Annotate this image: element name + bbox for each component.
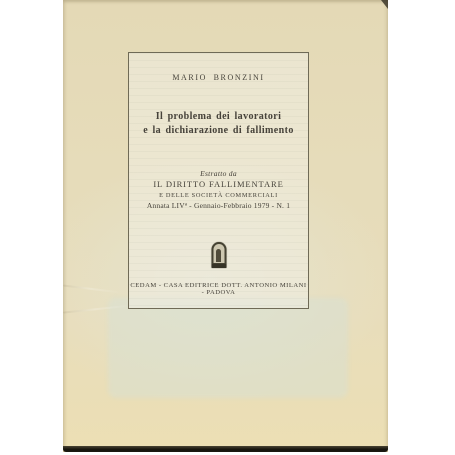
paper-crease [63,284,121,293]
title-line-1: Il problema dei lavoratori [129,110,308,124]
scanned-cover-photo: MARIO BRONZINI Il problema dei lavorator… [0,0,455,455]
issue-info: Annata LIVª - Gennaio-Febbraio 1979 - N.… [129,201,308,210]
extract-label: Estratto da [129,169,308,178]
page-edge-shadow [63,446,388,452]
reverse-print-showthrough [108,298,348,398]
emblem-figure [216,249,221,262]
cedam-emblem-icon [210,242,227,271]
title-frame-border: MARIO BRONZINI Il problema dei lavorator… [128,52,309,309]
author-name: MARIO BRONZINI [129,73,308,82]
title-line-2: e la dichiarazione di fallimento [129,124,308,138]
pamphlet-front-cover: MARIO BRONZINI Il problema dei lavorator… [63,0,388,452]
journal-subtitle: E DELLE SOCIETÀ COMMERCIALI [129,192,308,199]
journal-title: IL DIRITTO FALLIMENTARE [129,179,308,189]
corner-shadow [381,0,388,9]
emblem-base [211,264,226,268]
work-title: Il problema dei lavoratori e la dichiara… [129,110,308,138]
emblem-arch [211,242,226,268]
publisher-imprint: CEDAM - CASA EDITRICE DOTT. ANTONIO MILA… [129,282,308,296]
